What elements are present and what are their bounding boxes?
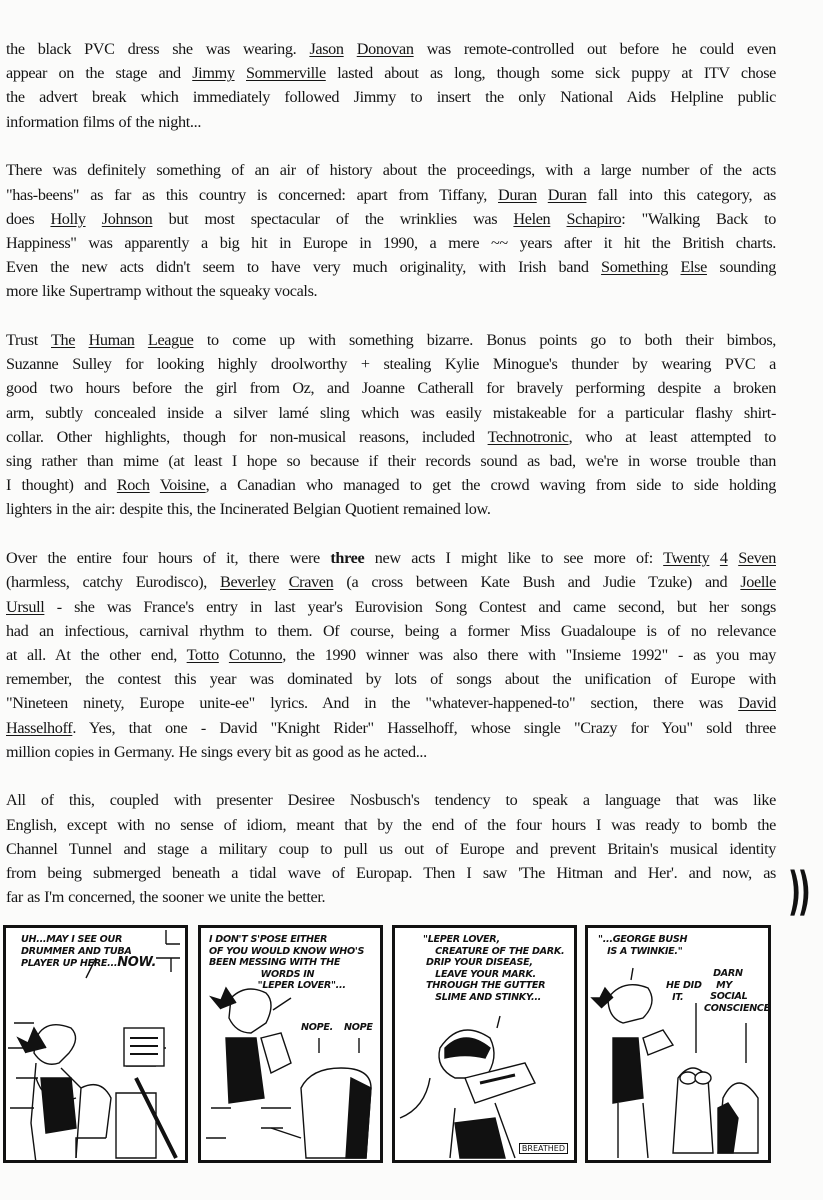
speech-bubble-text: UH...MAY I SEE OUR DRUMMER AND TUBA PLAY…: [21, 934, 156, 970]
text-run: good two hours before the girl from Oz, …: [6, 379, 776, 397]
text-line: information films of the night...: [6, 110, 776, 134]
article-paragraph: the black PVC dress she was wearing. Jas…: [6, 37, 776, 134]
text-line: Happiness" was apparently a big hit in E…: [6, 231, 776, 255]
artist-name: Schapiro: [567, 210, 622, 228]
artist-name: Beverley: [220, 573, 276, 591]
text-run: more like Supertramp without the squeaky…: [6, 282, 317, 300]
text-run: I thought) and: [6, 476, 117, 494]
emphasis-text: three: [330, 549, 364, 567]
continued-marker: )): [788, 866, 808, 918]
text-line: All of this, coupled with presenter Desi…: [6, 788, 776, 812]
reply-bubble-1: HE DID IT.: [666, 980, 702, 1003]
speech-bubble-text: "...GEORGE BUSH IS A TWINKIE.": [598, 934, 687, 957]
text-line: at all. At the other end, Totto Cotunno,…: [6, 643, 776, 667]
text-run: Over the entire four hours of it, there …: [6, 549, 330, 567]
text-line: million copies in Germany. He sings ever…: [6, 740, 776, 764]
text-line: remember, the contest this year was domi…: [6, 667, 776, 691]
text-run: the advert break which immediately follo…: [6, 88, 776, 106]
text-run: (a cross between Kate Bush and Judie Tzu…: [333, 573, 740, 591]
artist-name: Ursull: [6, 598, 44, 616]
artist-name: Technotronic: [488, 428, 569, 446]
text-line: the black PVC dress she was wearing. Jas…: [6, 37, 776, 61]
text-run: information films of the night...: [6, 113, 201, 131]
text-run: at all. At the other end,: [6, 646, 187, 664]
article-paragraph: All of this, coupled with presenter Desi…: [6, 788, 776, 909]
text-line: collar. Other highlights, though for non…: [6, 425, 776, 449]
text-run: sing rather than mime (at least I hope s…: [6, 452, 776, 470]
text-run: [134, 331, 147, 349]
article-body: the black PVC dress she was wearing. Jas…: [6, 37, 776, 934]
speech-bubble-text: I DON'T S'POSE EITHER OF YOU WOULD KNOW …: [209, 934, 364, 992]
artist-name: Cotunno: [229, 646, 282, 664]
text-run: [150, 476, 160, 494]
artist-name: Something: [601, 258, 668, 276]
text-line: Hasselhoff. Yes, that one - David "Knigh…: [6, 716, 776, 740]
artist-signature: BREATHED: [519, 1143, 568, 1154]
artist-name: Holly: [50, 210, 85, 228]
text-line: the advert break which immediately follo…: [6, 85, 776, 109]
reply-bubble-2: DARN MY SOCIAL CONSCIENCE!: [704, 968, 771, 1014]
text-line: "Nineteen ninety, Europe unite-ee" lyric…: [6, 691, 776, 715]
text-run: the black PVC dress she was wearing.: [6, 40, 309, 58]
artist-name: Craven: [289, 573, 334, 591]
text-line: Even the new acts didn't seem to have ve…: [6, 255, 776, 279]
text-run: far as I'm concerned, the sooner we unit…: [6, 888, 325, 906]
text-run: new acts I might like to see more of:: [364, 549, 663, 567]
text-line: There was definitely something of an air…: [6, 158, 776, 182]
text-run: All of this, coupled with presenter Desi…: [6, 791, 776, 809]
text-run: remember, the contest this year was domi…: [6, 670, 776, 688]
text-run: Happiness" was apparently a big hit in E…: [6, 234, 776, 252]
text-line: Channel Tunnel and stage a military coup…: [6, 837, 776, 861]
text-line: I thought) and Roch Voisine, a Canadian …: [6, 473, 776, 497]
article-paragraph: Over the entire four hours of it, there …: [6, 546, 776, 764]
artist-name: Roch: [117, 476, 150, 494]
text-run: , a Canadian who managed to get the crow…: [206, 476, 776, 494]
artist-name: Helen: [513, 210, 550, 228]
artist-name: Human: [89, 331, 135, 349]
text-line: far as I'm concerned, the sooner we unit…: [6, 885, 776, 909]
artist-name: Sommerville: [246, 64, 326, 82]
artist-name: Duran: [498, 186, 537, 204]
artist-name: Joelle: [740, 573, 776, 591]
text-run: , the 1990 winner was also there with "I…: [282, 646, 776, 664]
artist-name: Voisine: [160, 476, 206, 494]
text-run: Suzanne Sulley for looking highly droolw…: [6, 355, 776, 373]
text-run: million copies in Germany. He sings ever…: [6, 743, 427, 761]
text-run: does: [6, 210, 50, 228]
artist-name: Hasselhoff: [6, 719, 72, 737]
comic-strip: UH...MAY I SEE OUR DRUMMER AND TUBA PLAY…: [0, 922, 823, 1172]
artist-name: David: [738, 694, 776, 712]
text-run: but most spectacular of the wrinklies wa…: [152, 210, 513, 228]
artist-name: Jimmy: [192, 64, 234, 82]
artist-name: 4: [720, 549, 728, 567]
text-line: Trust The Human League to come up with s…: [6, 328, 776, 352]
text-run: [728, 549, 739, 567]
text-run: (harmless, catchy Eurodisco),: [6, 573, 220, 591]
text-line: Ursull - she was France's entry in last …: [6, 595, 776, 619]
text-run: Channel Tunnel and stage a military coup…: [6, 840, 776, 858]
artist-name: Jason: [309, 40, 343, 58]
text-line: does Holly Johnson but most spectacular …: [6, 207, 776, 231]
comic-panel-1: UH...MAY I SEE OUR DRUMMER AND TUBA PLAY…: [3, 925, 188, 1163]
text-run: [86, 210, 102, 228]
text-line: arm, subtly concealed inside a silver la…: [6, 401, 776, 425]
text-run: [668, 258, 680, 276]
text-run: was remote-controlled out before he coul…: [414, 40, 776, 58]
text-run: "Nineteen ninety, Europe unite-ee" lyric…: [6, 694, 738, 712]
text-run: [219, 646, 229, 664]
text-line: (harmless, catchy Eurodisco), Beverley C…: [6, 570, 776, 594]
text-line: English, except with no sense of idiom, …: [6, 813, 776, 837]
article-paragraph: Trust The Human League to come up with s…: [6, 328, 776, 522]
text-run: There was definitely something of an air…: [6, 161, 776, 179]
artist-name: Duran: [548, 186, 587, 204]
text-run: lighters in the air: despite this, the I…: [6, 500, 491, 518]
text-run: lasted about as long, though some sick p…: [326, 64, 776, 82]
text-run: : "Walking Back to: [621, 210, 776, 228]
text-run: [344, 40, 357, 58]
text-line: good two hours before the girl from Oz, …: [6, 376, 776, 400]
text-line: Over the entire four hours of it, there …: [6, 546, 776, 570]
text-run: [276, 573, 289, 591]
text-line: appear on the stage and Jimmy Sommervill…: [6, 61, 776, 85]
artist-name: Johnson: [102, 210, 153, 228]
text-run: . Yes, that one - David "Knight Rider" H…: [72, 719, 776, 737]
text-run: fall into this category, as: [586, 186, 776, 204]
article-paragraph: There was definitely something of an air…: [6, 158, 776, 303]
text-run: "has-beens" as far as this country is co…: [6, 186, 498, 204]
text-line: had an infectious, carnival rhythm to th…: [6, 619, 776, 643]
text-run: [709, 549, 720, 567]
text-run: [235, 64, 246, 82]
text-line: Suzanne Sulley for looking highly droolw…: [6, 352, 776, 376]
text-run: Trust: [6, 331, 51, 349]
artist-name: League: [148, 331, 194, 349]
text-run: [550, 210, 566, 228]
text-line: lighters in the air: despite this, the I…: [6, 497, 776, 521]
text-run: English, except with no sense of idiom, …: [6, 816, 776, 834]
comic-panel-2: I DON'T S'POSE EITHER OF YOU WOULD KNOW …: [198, 925, 383, 1163]
text-run: had an infectious, carnival rhythm to th…: [6, 622, 776, 640]
artist-name: The: [51, 331, 75, 349]
artist-name: Else: [681, 258, 707, 276]
reply-bubble-2: NOPE: [344, 1022, 373, 1034]
text-run: [75, 331, 88, 349]
text-run: appear on the stage and: [6, 64, 192, 82]
text-run: Even the new acts didn't seem to have ve…: [6, 258, 601, 276]
artist-name: Donovan: [357, 40, 414, 58]
text-line: sing rather than mime (at least I hope s…: [6, 449, 776, 473]
text-line: "has-beens" as far as this country is co…: [6, 183, 776, 207]
speech-bubble-text: "LEPER LOVER, CREATURE OF THE DARK. DRIP…: [423, 934, 564, 1003]
text-run: arm, subtly concealed inside a silver la…: [6, 404, 776, 422]
comic-art-musician-rabbit-penguin: [588, 928, 768, 1160]
text-run: sounding: [707, 258, 776, 276]
text-line: more like Supertramp without the squeaky…: [6, 279, 776, 303]
text-run: to come up with something bizarre. Bonus…: [193, 331, 776, 349]
text-run: [537, 186, 548, 204]
reply-bubble-1: NOPE.: [301, 1022, 333, 1034]
text-run: , who at least attempted to: [569, 428, 776, 446]
artist-name: Seven: [738, 549, 776, 567]
artist-name: Twenty: [663, 549, 709, 567]
text-run: from being submerged beneath a tidal wav…: [6, 864, 776, 882]
comic-panel-4: "...GEORGE BUSH IS A TWINKIE." HE DID IT…: [585, 925, 771, 1163]
text-run: collar. Other highlights, though for non…: [6, 428, 488, 446]
text-run: - she was France's entry in last year's …: [44, 598, 776, 616]
text-line: from being submerged beneath a tidal wav…: [6, 861, 776, 885]
artist-name: Totto: [187, 646, 219, 664]
comic-panel-3: "LEPER LOVER, CREATURE OF THE DARK. DRIP…: [392, 925, 577, 1163]
